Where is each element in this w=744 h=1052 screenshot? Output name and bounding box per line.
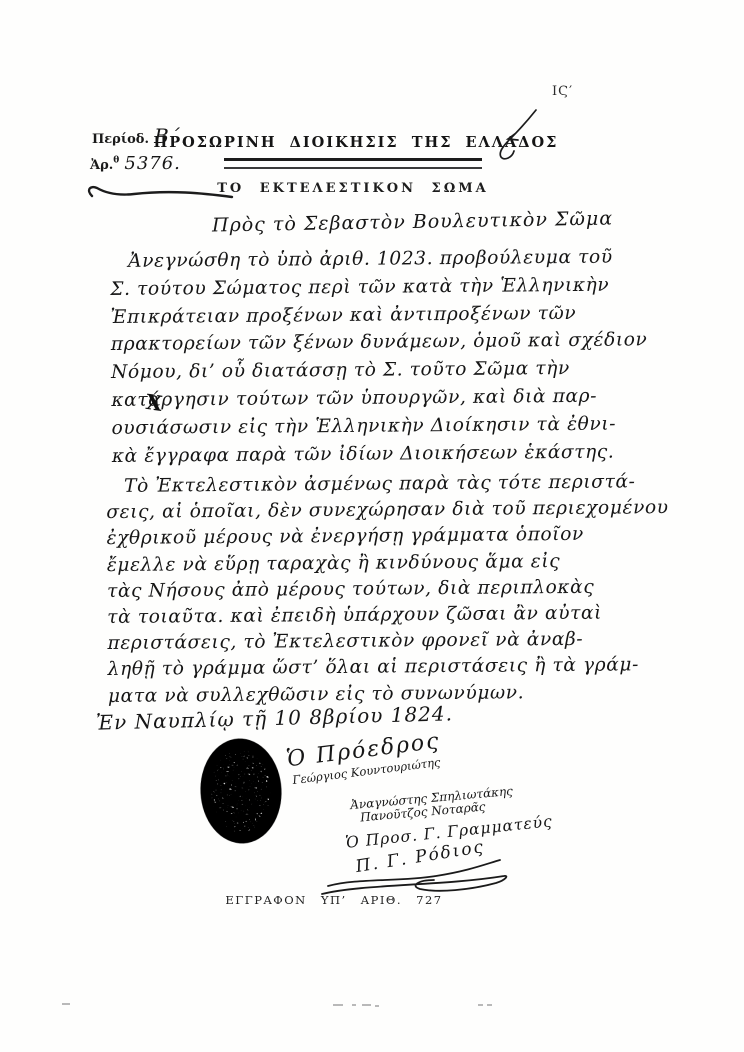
handwritten-line: ληθῇ τὸ γράμμα ὥστ’ ὅλαι αἱ περιστάσεις …	[108, 653, 671, 684]
scan-artifact-dash	[487, 1004, 492, 1006]
registry-number-row: Ἀρ.θ 5376.	[90, 153, 181, 174]
handwritten-line: κατάργησιν τούτων τῶν ὑπουργῶν, καὶ διὰ …	[111, 382, 648, 414]
document-subtitle: ΤΟ ΕΚΤΕΛΕΣΤΙΚΟΝ ΣΩΜΑ	[217, 181, 489, 196]
number-label-sup: θ	[113, 156, 119, 166]
salutation-line: Πρὸς τὸ Σεβαστὸν Βουλευτικὸν Σῶμα	[212, 208, 613, 237]
number-value-handwritten: 5376.	[124, 153, 181, 174]
scan-artifact-dash	[362, 1004, 371, 1006]
scan-artifact-dash	[333, 1004, 343, 1006]
scan-artifact-dash	[62, 1003, 70, 1005]
check-mark-annotation	[490, 106, 544, 164]
handwritten-line: κὰ ἔγγραφα παρὰ τῶν ἰδίων Διοικήσεων ἑκά…	[112, 438, 649, 470]
executive-body-seal	[195, 734, 287, 848]
period-label: Περίοδ.	[92, 132, 149, 147]
handwritten-line: σεις, αἱ ὁποῖαι, δὲν συνεχώρησαν διὰ τοῦ…	[106, 495, 669, 526]
body-paragraph-1: Ἀνεγνώσθη τὸ ὑπὸ ἀριθ. 1023. προβούλευμα…	[110, 243, 648, 470]
scanned-document-page: ΙϚ′ Περίοδ. Β΄. Ἀρ.θ 5376. ΠΡΟΣΩΡΙΝΗ ΔΙΟ…	[0, 0, 744, 1052]
title-double-rule	[224, 158, 482, 169]
scan-artifact-dash	[375, 1005, 379, 1007]
archive-caption: ΕΓΓΡΑΦΟΝ ΥΠ’ ΑΡΙΘ. 727	[225, 893, 442, 907]
handwritten-line: τὰ τοιαῦτα. καὶ ἐπειδὴ ὑπάρχουν ζῶσαι ἂν…	[107, 600, 670, 631]
handwritten-line: ουσιάσωσιν εἰς τὴν Ἑλληνικὴν Διοίκησιν τ…	[111, 410, 648, 442]
page-number: ΙϚ′	[552, 84, 573, 99]
registry-underline-flourish	[84, 182, 236, 202]
number-label: Ἀρ.	[90, 158, 113, 173]
correction-x-mark: Χ	[144, 389, 164, 416]
handwritten-line: Σ. τούτου Σώματος περὶ τῶν κατὰ τὴν Ἑλλη…	[110, 271, 647, 303]
scan-artifact-dash	[478, 1004, 483, 1006]
body-paragraph-2: Τὸ Ἐκτελεστικὸν ἀσμένως παρὰ τὰς τότε πε…	[106, 469, 670, 710]
signature-flourish	[318, 856, 514, 898]
handwritten-line: Ἀνεγνώσθη τὸ ὑπὸ ἀριθ. 1023. προβούλευμα…	[110, 243, 647, 275]
scan-artifact-dash	[352, 1004, 356, 1006]
